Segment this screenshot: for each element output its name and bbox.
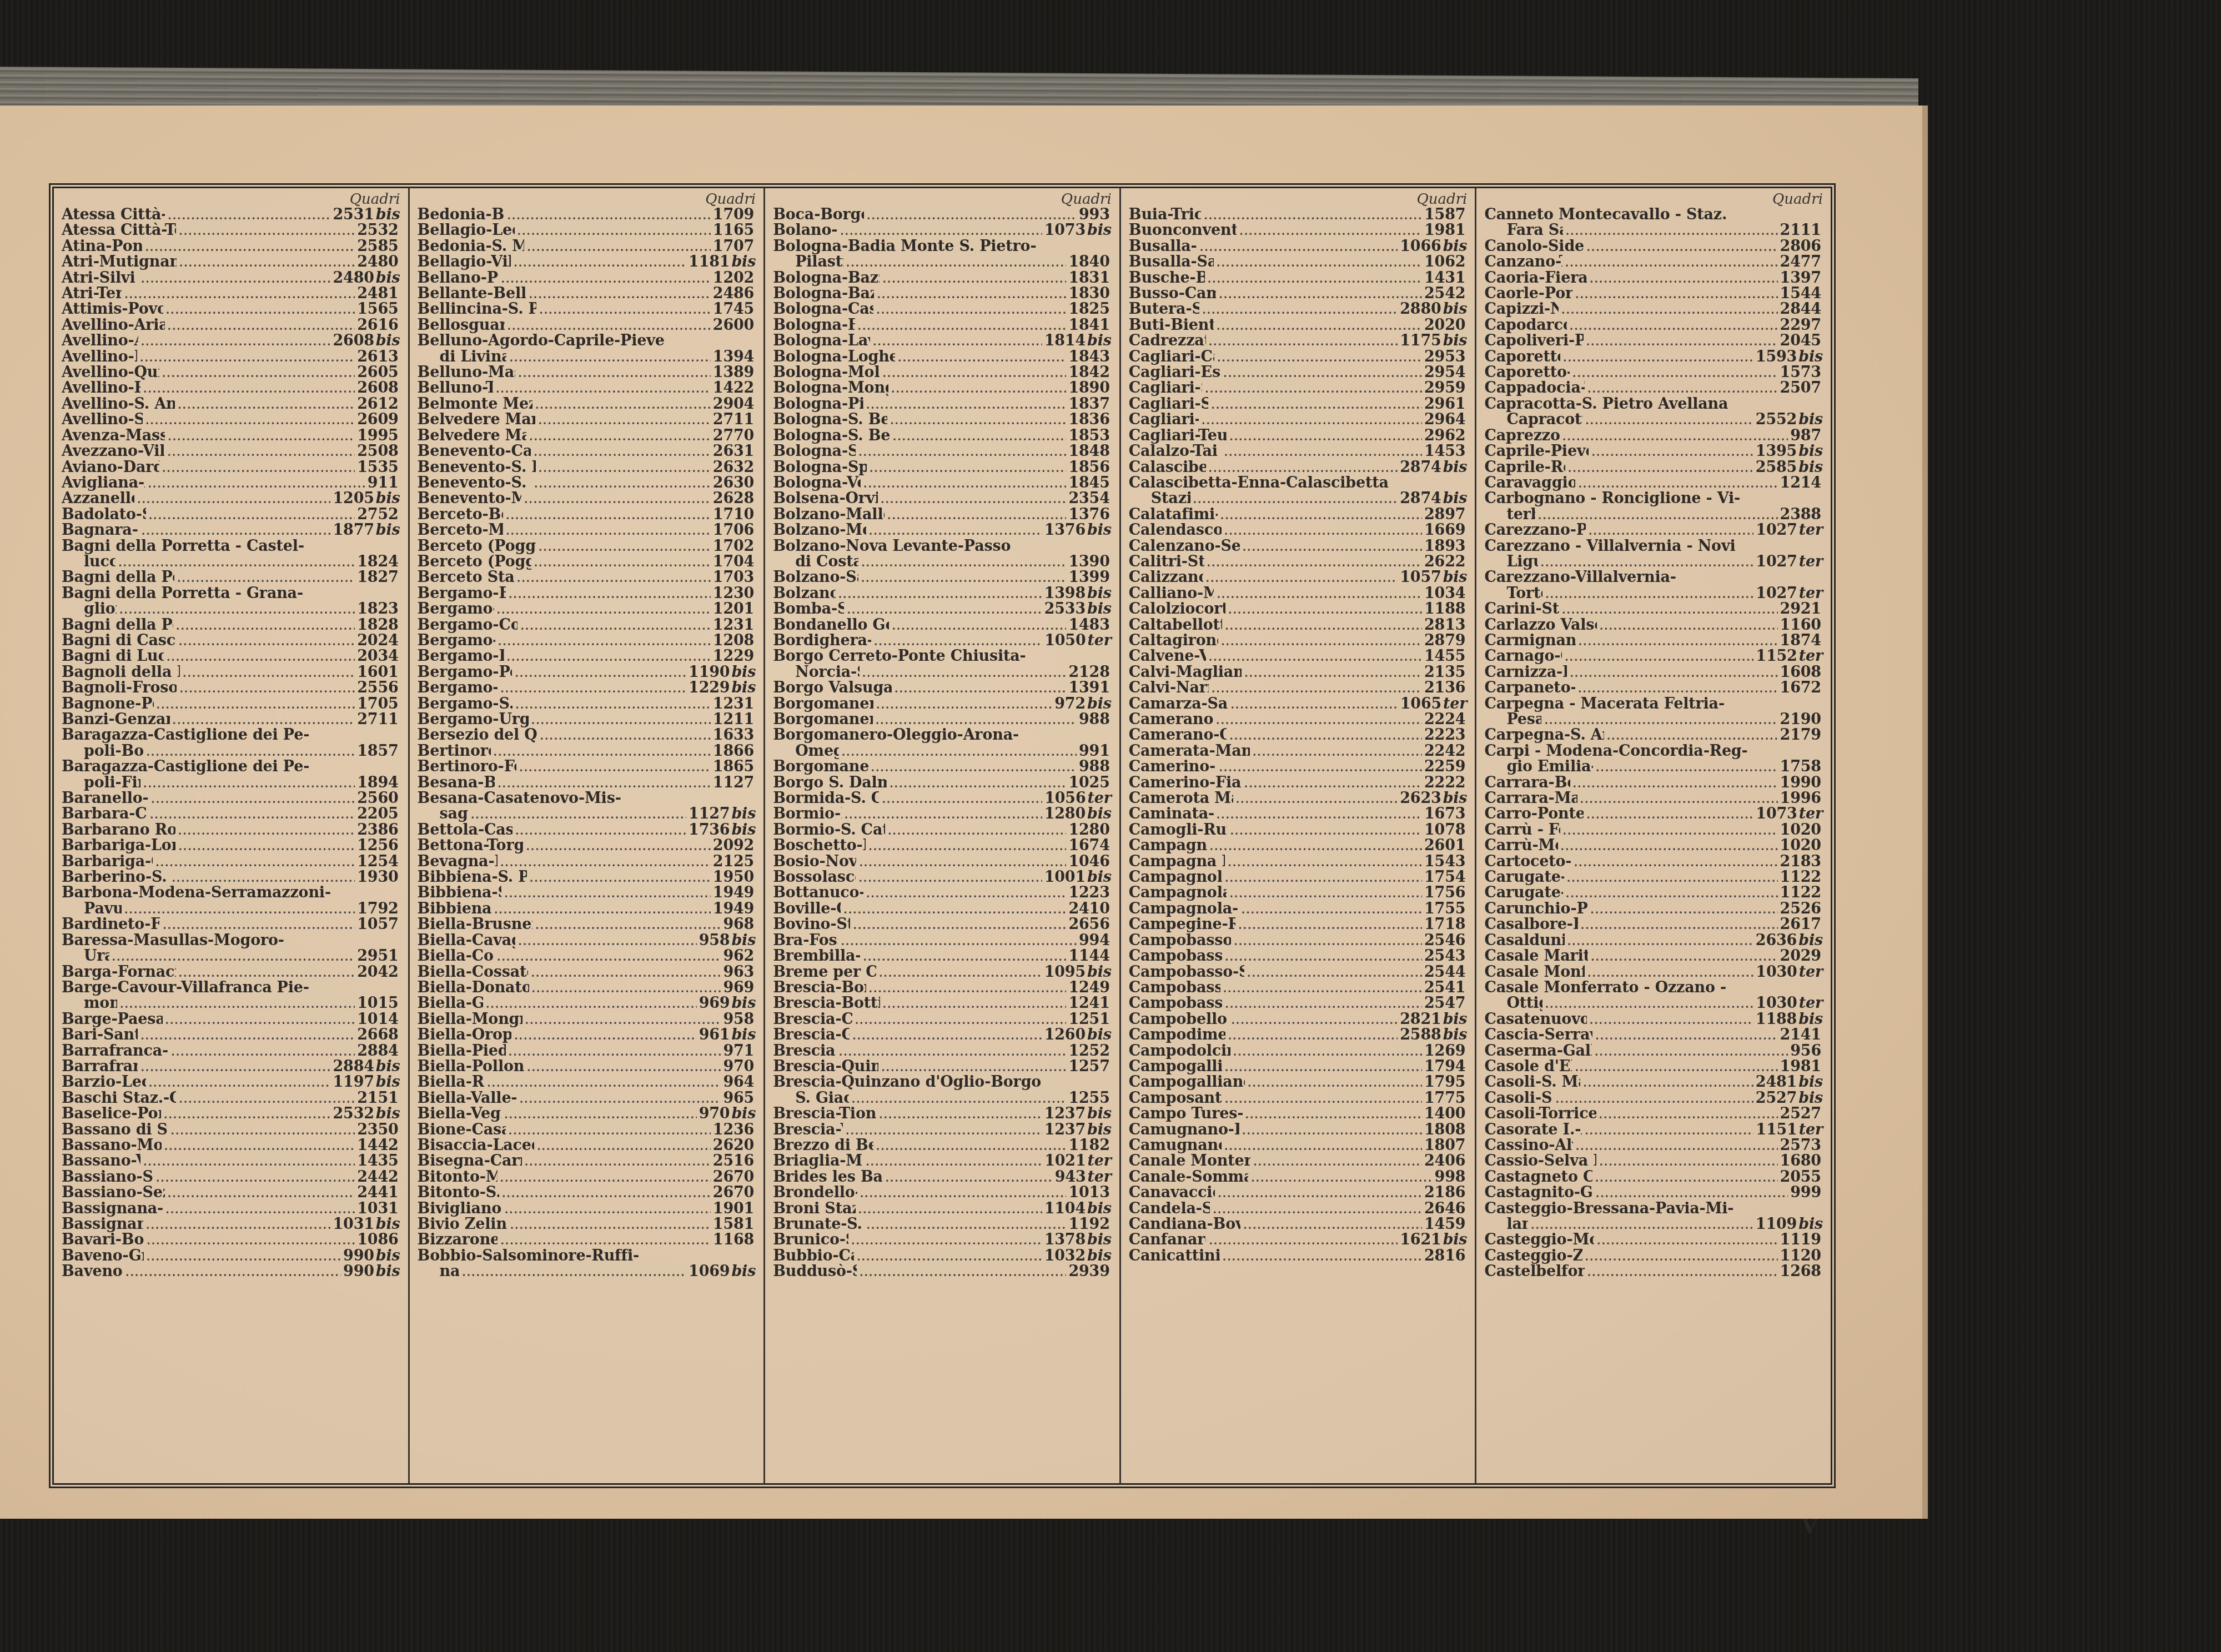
table-reference: 1841 — [1068, 318, 1111, 333]
table-reference: 2543 — [1424, 948, 1467, 964]
table-reference: 1202 — [713, 270, 756, 286]
index-entry: Attimis-Povoletto-Udine1565 — [62, 302, 400, 317]
index-entry: Bottanuco-Bergamo1223 — [773, 885, 1112, 901]
table-number: 969 — [699, 995, 730, 1012]
dot-leader — [846, 601, 1042, 617]
table-reference: 1254 — [357, 854, 400, 870]
index-entry: Bossolasco-Dogliani1001bis — [773, 870, 1112, 885]
table-number: 1376 — [1044, 521, 1086, 539]
table-reference: 1843 — [1068, 349, 1111, 365]
table-reference: 1758 — [1780, 759, 1823, 775]
table-reference: 964 — [723, 1074, 756, 1090]
table-suffix: ter — [1088, 790, 1112, 807]
index-entry: Bari-Santeramo2668 — [62, 1027, 400, 1043]
dot-leader — [868, 838, 1066, 853]
index-entry: Brembilla-Stazione1144 — [773, 948, 1112, 964]
dot-leader — [1233, 933, 1422, 948]
table-suffix: ter — [1799, 1121, 1823, 1138]
table-reference — [1110, 649, 1112, 664]
dot-leader — [889, 775, 1066, 791]
dot-leader — [140, 333, 331, 349]
table-suffix: ter — [1443, 695, 1467, 712]
table-reference: 1120 — [1780, 1248, 1823, 1264]
dot-leader — [526, 1059, 721, 1074]
route-name: Camerino-Fabriano — [1129, 759, 1217, 775]
route-name: Canneto Montecavallo - Staz. — [1484, 207, 1727, 223]
route-name: Bellagio-Villa Serbelloni — [418, 254, 511, 270]
index-entry: Campogalliano-Carpi1794 — [1129, 1059, 1468, 1074]
route-name: Bibbiena-Stazione — [418, 885, 502, 901]
table-reference: 2546 — [1424, 933, 1467, 948]
table-reference: 2020 — [1424, 318, 1467, 333]
route-name: Bagnone-Pontremoli — [62, 696, 154, 712]
table-reference: 2547 — [1424, 996, 1467, 1011]
table-number: 2816 — [1424, 1247, 1465, 1264]
index-entry: Camugnano-Bagni Porretta1808 — [1129, 1122, 1468, 1138]
route-name: Carezzano - Villalvernia - Novi — [1484, 539, 1735, 554]
route-name: Bormio-Livigno — [773, 806, 842, 822]
index-entry: Biella-Valle-S. Nicolao965 — [418, 1091, 756, 1106]
table-reference: 1119 — [1780, 1232, 1823, 1248]
dot-leader — [858, 444, 1066, 459]
table-number: 1825 — [1068, 300, 1109, 318]
dot-leader — [1567, 933, 1753, 948]
table-reference: 1857 — [357, 744, 400, 759]
table-reference: 2646 — [1424, 1201, 1467, 1217]
table-number: 2179 — [1780, 726, 1821, 744]
route-name: Biella-Oropa Santuario — [418, 1027, 512, 1043]
route-name: Caltabellotta-Sciacca — [1129, 617, 1222, 633]
route-name: Baragazza-Castiglione dei Pe- — [62, 727, 309, 743]
route-name: Barbarano Romano-Stazione — [62, 822, 175, 838]
route-name: Belluno-Mas-Sospirolo — [418, 365, 516, 380]
table-reference: 1823 — [357, 601, 400, 617]
table-number: 2224 — [1424, 711, 1465, 728]
route-name: Bione-Casa d'Odolo — [418, 1122, 506, 1138]
table-reference: 1848 — [1068, 444, 1111, 459]
route-name: Benevento-Castelvetere Valf. — [418, 444, 531, 459]
route-name: Bertinoro-Forlimpopoli — [418, 759, 517, 775]
index-entry: Carmignano-Firenze1874 — [1484, 633, 1823, 649]
dot-leader — [862, 948, 1066, 964]
table-reference: 1755 — [1424, 901, 1467, 917]
index-entry: Calizzano-Cengio1057bis — [1129, 570, 1468, 585]
table-reference: 1014 — [357, 1012, 400, 1027]
table-reference: 2879 — [1424, 633, 1467, 649]
table-number: 1823 — [357, 600, 398, 617]
table-reference: 1398bis — [1044, 586, 1112, 601]
table-number: 2711 — [713, 411, 754, 428]
route-name: Bagnoli-Frosolone-Cantalupo — [62, 680, 177, 696]
dot-leader — [1565, 885, 1778, 901]
route-name: Campodimele-Itri-Formia — [1129, 1027, 1225, 1043]
table-number: 2616 — [357, 317, 398, 334]
dot-leader — [137, 491, 330, 506]
table-reference: 1073ter — [1756, 806, 1823, 822]
dot-leader — [517, 933, 696, 948]
table-number: 2297 — [1780, 317, 1821, 334]
route-name: Boschetto-Borgotaro — [773, 838, 866, 853]
dot-leader — [517, 223, 711, 238]
table-number: 2613 — [357, 348, 398, 365]
table-reference: 1231 — [713, 696, 756, 712]
route-name: poli-Firenze — [84, 775, 140, 791]
index-entry: Bologna-Monghidoro-Firenze1890 — [773, 380, 1112, 396]
dot-leader — [846, 254, 1067, 270]
dot-leader — [1595, 1027, 1777, 1043]
table-reference: 2354 — [1068, 491, 1111, 506]
dot-leader — [493, 744, 711, 759]
dot-leader — [178, 223, 355, 238]
table-reference: 999 — [1790, 1185, 1823, 1201]
table-reference — [1821, 570, 1823, 585]
route-name: Ottiglio — [1506, 996, 1542, 1011]
table-reference: 1853 — [1068, 428, 1111, 444]
dot-leader — [538, 460, 711, 475]
table-reference: 2386 — [357, 822, 400, 838]
table-reference: 2125 — [713, 854, 756, 870]
table-reference: 1188bis — [1756, 1012, 1823, 1027]
dot-leader — [1244, 665, 1422, 680]
table-number: 2546 — [1424, 932, 1465, 949]
route-name: Bagni della Porretta-Fanano — [62, 570, 174, 585]
table-reference — [399, 759, 400, 775]
route-name: Brides les Bains-Courmayeur — [773, 1169, 882, 1185]
table-reference: 1455 — [1424, 649, 1467, 664]
route-name: Caltagirone-Vittoria — [1129, 633, 1218, 649]
table-reference: 2029 — [1780, 948, 1823, 964]
dot-leader — [1577, 680, 1778, 696]
route-name: Carlazzo Valsolda-Menaggio — [1484, 617, 1596, 633]
table-number: 2939 — [1068, 1263, 1109, 1280]
table-reference: 1874 — [1780, 633, 1823, 649]
dot-leader — [852, 917, 1066, 932]
route-name: Carnago-Gallarate — [1484, 649, 1562, 664]
route-name: Pilastrino — [795, 254, 843, 270]
route-name: Avenza-Massa Marittima — [62, 428, 165, 444]
dot-leader — [516, 570, 711, 585]
index-entry: Ligure1027ter — [1484, 554, 1823, 570]
table-reference: 1704 — [713, 554, 756, 570]
route-name: Castagnito-Guarene-Alba — [1484, 1185, 1592, 1201]
table-reference: 1949 — [713, 885, 756, 901]
table-suffix: bis — [1798, 443, 1823, 460]
index-entry: Avellino-Ariano Stazione2616 — [62, 318, 400, 333]
dot-leader — [1578, 633, 1778, 649]
table-number: 1255 — [1068, 1089, 1109, 1107]
route-name: Barbariga-Longhena-Brescia — [62, 838, 175, 853]
index-entry: Carbognano - Ronciglione - Vi- — [1484, 491, 1823, 506]
table-number: 2354 — [1068, 490, 1109, 507]
table-number: 2481 — [1756, 1073, 1797, 1091]
dot-leader — [515, 822, 686, 838]
index-entry: Cagliari-Sestu2964 — [1129, 412, 1468, 428]
index-entry: Bergamo-Costa Imagna1231 — [418, 617, 756, 633]
table-suffix: bis — [376, 1247, 400, 1264]
dot-leader — [1224, 1091, 1422, 1106]
index-entry: Bassignana-Alessandria1031 — [62, 1201, 400, 1217]
route-name: Bologna-Castel d'Argile — [773, 302, 873, 317]
dot-leader — [179, 254, 355, 270]
route-name: Campobasso-S. Giov. in Galdo — [1129, 965, 1244, 980]
route-name: Bubbio-Canelli-Asti — [773, 1248, 854, 1264]
route-name: Caprile-Roccasecca — [1484, 460, 1565, 475]
dot-leader — [140, 1027, 355, 1043]
table-reference: 1745 — [713, 302, 756, 317]
table-number: 1422 — [713, 379, 754, 396]
route-name: monte — [84, 996, 117, 1011]
dot-leader — [171, 870, 355, 885]
table-reference: 1252 — [1068, 1043, 1111, 1059]
dot-leader — [1229, 428, 1422, 444]
route-name: Barbariga-Orzinuovi — [62, 854, 153, 870]
dot-leader — [143, 380, 355, 396]
index-entry: Avellino-Baiano2613 — [62, 349, 400, 365]
dot-leader — [470, 806, 686, 822]
route-name: di Costalunga — [795, 554, 858, 570]
table-number: 1981 — [1780, 1058, 1821, 1075]
dot-leader — [536, 1138, 711, 1153]
table-number: 1893 — [1424, 538, 1465, 555]
index-entry: Camposanto-Modena1775 — [1129, 1091, 1468, 1106]
index-entry: Borgomanero-Oleggio-Arona- — [773, 727, 1112, 743]
dot-leader — [868, 523, 1042, 538]
table-reference: 998 — [1435, 1169, 1468, 1185]
index-entry: Belluno-Mas-Sospirolo1389 — [418, 365, 756, 380]
route-name: Carrù - Fossano — [1484, 822, 1560, 838]
index-entry: Bettola-Castelnovomonti1736bis — [418, 822, 756, 838]
route-name: Bitonto-Mariotta — [418, 1169, 498, 1185]
table-reference: 1890 — [1068, 380, 1111, 396]
index-entry: Casteggio-Bressana-Pavia-Mi- — [1484, 1201, 1823, 1217]
index-entry: Carlazzo Valsolda-Menaggio1160 — [1484, 617, 1823, 633]
table-number: 2964 — [1424, 411, 1465, 428]
route-name: Campobasso-Termoli — [1129, 980, 1220, 996]
table-suffix: bis — [1087, 1105, 1112, 1122]
table-number: 2055 — [1780, 1168, 1821, 1186]
table-number: 1755 — [1424, 900, 1465, 917]
index-entry: Barbariga-Orzinuovi1254 — [62, 854, 400, 870]
table-number: 1949 — [713, 900, 754, 917]
dot-leader — [531, 980, 721, 996]
index-entry: Brescia-Gargnano1260bis — [773, 1027, 1112, 1043]
table-number: 2135 — [1424, 664, 1465, 681]
table-reference: 2711 — [357, 712, 400, 727]
index-entry: Brunico-S. Vigilio1378bis — [773, 1232, 1112, 1248]
dot-leader — [875, 712, 1077, 727]
dot-leader — [148, 1074, 331, 1090]
route-name: Bossolasco-Dogliani — [773, 870, 856, 885]
route-name: Barbona-Modena-Serramazzoni- — [62, 885, 331, 901]
route-name: Brescia-Borgosatollo — [773, 980, 866, 996]
table-reference: 1828 — [357, 617, 400, 633]
dot-leader — [1565, 223, 1778, 238]
dot-leader — [498, 633, 711, 649]
index-entry: Berceto-Borgotaro1710 — [418, 507, 756, 523]
dot-leader — [1561, 302, 1778, 317]
table-reference — [1821, 396, 1823, 412]
table-reference: 2388 — [1780, 507, 1823, 523]
table-reference: 2620 — [713, 1138, 756, 1153]
route-name: Canicattini-Siracusa — [1129, 1248, 1220, 1264]
dot-leader — [1586, 239, 1777, 254]
dot-leader — [1572, 775, 1778, 791]
route-name: Carini-Stazione — [1484, 601, 1559, 617]
table-number: 994 — [1079, 932, 1110, 949]
index-entry: Carunchio-Palmoli-Vasto2526 — [1484, 901, 1823, 917]
index-entry: Cagliari-Escalaplano2954 — [1129, 365, 1468, 380]
table-suffix: bis — [1087, 585, 1112, 602]
index-entry: Camarza-Salissola-Busalla1065ter — [1129, 696, 1468, 712]
dot-leader — [179, 680, 355, 696]
table-number: 1828 — [357, 616, 398, 634]
dot-leader — [497, 775, 711, 791]
table-number: 943 — [1055, 1168, 1086, 1186]
route-name: Casale Monferrato - Ozzano - — [1484, 980, 1726, 996]
table-reference: 2560 — [357, 791, 400, 806]
table-number: 1621 — [1400, 1231, 1441, 1248]
route-name: Bellano-Premana — [418, 270, 499, 286]
route-name: Bolzano-Merano-Zernez — [773, 523, 866, 538]
table-number: 1389 — [713, 364, 754, 381]
dot-leader — [520, 617, 710, 633]
index-entry: Baveno-Gravellona990bis — [62, 1248, 400, 1264]
route-name: Bizzarone-Varese — [418, 1232, 498, 1248]
index-entry: Carnago-Gallarate1152ter — [1484, 649, 1823, 664]
route-name: Cassino-Alvito-Sora — [1484, 1138, 1572, 1153]
dot-leader — [519, 1091, 721, 1106]
table-number: 956 — [1790, 1042, 1821, 1060]
table-number: 2543 — [1424, 947, 1465, 965]
table-reference: 1399 — [1068, 570, 1111, 585]
index-entry: Biella-Cavaglià-Piverone958bis — [418, 933, 756, 948]
table-reference: 2821bis — [1400, 1012, 1467, 1027]
table-number: 1021 — [1044, 1152, 1086, 1169]
table-reference: 1707 — [713, 239, 756, 254]
table-number: 1390 — [1068, 553, 1109, 570]
index-entry: Buti-Bientina-Pisa2020 — [1129, 318, 1468, 333]
table-reference: 2556 — [357, 680, 400, 696]
index-entry: Campobasso-Trivento2547 — [1129, 996, 1468, 1011]
table-number: 2897 — [1424, 506, 1465, 523]
index-entry: Bitonto-Mariotta2670 — [418, 1169, 756, 1185]
index-entry: Tortona1027ter — [1484, 586, 1823, 601]
table-reference: 990bis — [343, 1248, 400, 1264]
dot-leader — [1577, 475, 1777, 491]
dot-leader — [1589, 1012, 1753, 1027]
table-number: 1848 — [1068, 443, 1109, 460]
index-entry: Borgo S. Dalmazzo-Entraque1025 — [773, 775, 1112, 791]
table-reference: 1824 — [357, 554, 400, 570]
route-name: Bagni di Casciana-Pontedera — [62, 633, 176, 649]
dot-leader — [1595, 1169, 1778, 1185]
route-name: Busalla-Savignone — [1129, 254, 1214, 270]
table-number: 1754 — [1424, 868, 1465, 886]
dot-leader — [146, 1232, 355, 1248]
route-name: Campagnola-Novellara — [1129, 885, 1227, 901]
table-number: 1050 — [1044, 632, 1086, 649]
table-number: 1890 — [1068, 379, 1109, 396]
index-entry: Bivigliano-Firenze1901 — [418, 1201, 756, 1217]
table-reference — [1821, 980, 1823, 996]
index-entry: Pilastrino1840 — [773, 254, 1112, 270]
index-entry: Calvi-Narni-Terni2136 — [1129, 680, 1468, 696]
dot-leader — [1594, 1043, 1788, 1059]
dot-leader — [533, 444, 711, 459]
dot-leader — [894, 680, 1066, 696]
table-number: 2884 — [357, 1042, 398, 1060]
index-entry: Cadrezzate-Varese1175bis — [1129, 333, 1468, 349]
table-suffix: bis — [376, 1263, 400, 1280]
route-name: Brunate-S. Maurizio — [773, 1217, 863, 1232]
index-entry: Pesaro2190 — [1484, 712, 1823, 727]
table-reference — [1821, 744, 1823, 759]
route-name: Briaglia-Mondovì Breo — [773, 1153, 863, 1169]
route-name: Bologna-Bazzano-Zocca — [773, 286, 874, 302]
table-reference: 1706 — [713, 523, 756, 538]
index-entry: Bagnara-Mordano1877bis — [62, 523, 400, 538]
table-reference: 2205 — [357, 806, 400, 822]
index-entry: Calenzano-Sesto Fiorentino1893 — [1129, 539, 1468, 554]
index-entry: Cagliari-Teulada-Gibba2962 — [1129, 428, 1468, 444]
dot-leader — [146, 1248, 341, 1264]
dot-leader — [1580, 917, 1778, 932]
index-entry: Camogli-Ruta-S. Rocco1078 — [1129, 822, 1468, 838]
dot-leader — [167, 207, 330, 223]
index-entry: Bolzano-Nova Levante-Passo — [773, 539, 1112, 554]
dot-leader — [178, 1091, 355, 1106]
index-entry: Caprezzo-Intra987 — [1484, 428, 1823, 444]
table-reference: 1020 — [1780, 838, 1823, 853]
table-reference: 988 — [1079, 759, 1112, 775]
table-number: 1824 — [357, 553, 398, 570]
table-reference: 1280 — [1068, 822, 1111, 838]
index-entry: Carpi - Modena-Concordia-Reg- — [1484, 744, 1823, 759]
table-number: 1866 — [713, 742, 754, 760]
index-entry: Bellincina-S. Prospero-Modena1745 — [418, 302, 756, 317]
index-entry: Bolsena-Orvieto Stazione2354 — [773, 491, 1112, 506]
dot-leader — [1208, 460, 1398, 475]
dot-leader — [1574, 1059, 1777, 1074]
route-name: Camogli-Ruta-S. Rocco — [1129, 822, 1228, 838]
index-entry: Baselice-Ponte Carboniera2532bis — [62, 1106, 400, 1122]
route-name: Carbognano - Ronciglione - Vi- — [1484, 491, 1740, 506]
index-column-5: Quadri Canneto Montecavallo - Staz.Fara … — [1476, 188, 1831, 1483]
table-number: 1046 — [1068, 853, 1109, 870]
route-name: Cassio-Selva Bocchetto Staz — [1484, 1153, 1596, 1169]
table-suffix: bis — [1443, 569, 1468, 586]
index-entry: Camerata-Manifattura Tabacchi2242 — [1129, 744, 1468, 759]
table-number: 1231 — [713, 616, 754, 634]
table-suffix: bis — [1087, 332, 1112, 349]
table-number: 2532 — [333, 1105, 374, 1122]
table-number: 1865 — [713, 758, 754, 775]
table-number: 1565 — [357, 300, 398, 318]
index-entry: Casteggio-Zavattarello1120 — [1484, 1248, 1823, 1264]
dot-leader — [514, 1027, 696, 1043]
route-name: Bologna-S. Benedetto Querc. — [773, 412, 887, 428]
table-reference: 2481 — [357, 286, 400, 302]
dot-leader — [1208, 649, 1422, 664]
dot-leader — [860, 1185, 1067, 1201]
dot-leader — [500, 854, 711, 870]
table-suffix: bis — [376, 206, 400, 223]
table-reference: 2904 — [713, 396, 756, 412]
index-entry: Carpegna - Macerata Feltria- — [1484, 696, 1823, 712]
table-number: 2617 — [1780, 916, 1821, 933]
dot-leader — [1217, 349, 1422, 365]
index-entry: Caoria-Fiera di Primiero1397 — [1484, 270, 1823, 286]
